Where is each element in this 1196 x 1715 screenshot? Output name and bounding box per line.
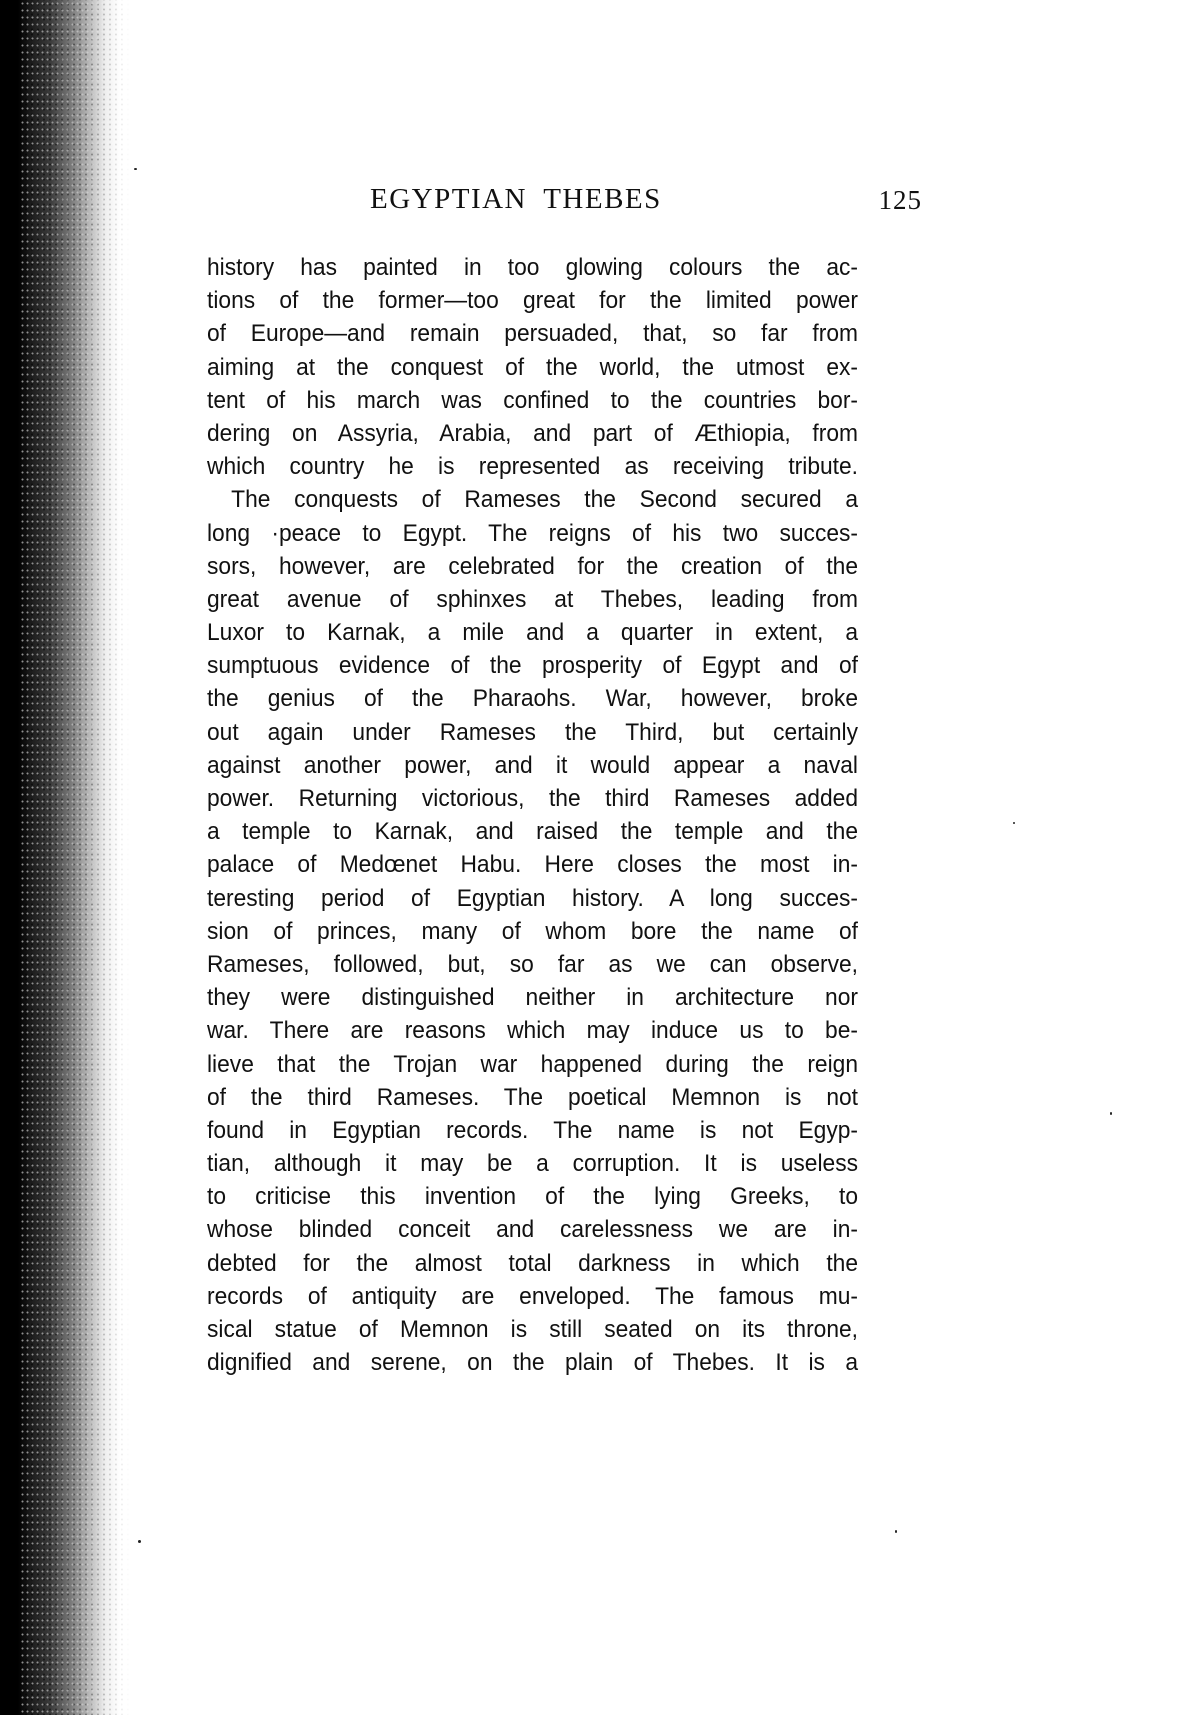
text-line: Luxor to Karnak, a mile and a quarter in… xyxy=(207,616,858,649)
text-line: tions of the former—too great for the li… xyxy=(207,284,858,317)
scan-speck xyxy=(134,168,137,170)
text-line: tian, although it may be a corruption. I… xyxy=(207,1147,858,1180)
text-line: long ·peace to Egypt. The reigns of his … xyxy=(207,517,858,550)
text-line: Rameses, followed, but, so far as we can… xyxy=(207,948,858,981)
text-line: the genius of the Pharaohs. War, however… xyxy=(207,682,858,715)
text-line: dignified and serene, on the plain of Th… xyxy=(207,1346,858,1379)
text-line: records of antiquity are enveloped. The … xyxy=(207,1280,858,1313)
text-line: power. Returning victorious, the third R… xyxy=(207,782,858,815)
page-number: 125 xyxy=(879,185,923,216)
text-line: sion of princes, many of whom bore the n… xyxy=(207,915,858,948)
text-line: history has painted in too glowing colou… xyxy=(207,251,858,284)
text-line: war. There are reasons which may induce … xyxy=(207,1014,858,1047)
running-title: EGYPTIAN THEBES xyxy=(370,183,662,216)
text-line: whose blinded conceit and carelessness w… xyxy=(207,1213,858,1246)
text-line: they were distinguished neither in archi… xyxy=(207,981,858,1014)
text-line: to criticise this invention of the lying… xyxy=(207,1180,858,1213)
text-line: palace of Medœnet Habu. Here closes the … xyxy=(207,848,858,881)
text-line: out again under Rameses the Third, but c… xyxy=(207,716,858,749)
text-line: sors, however, are celebrated for the cr… xyxy=(207,550,858,583)
scan-speck xyxy=(1110,1112,1112,1115)
text-line: against another power, and it would appe… xyxy=(207,749,858,782)
text-line: aiming at the conquest of the world, the… xyxy=(207,351,858,384)
text-line: debted for the almost total darkness in … xyxy=(207,1247,858,1280)
running-head: EGYPTIAN THEBES 125 xyxy=(370,183,922,223)
text-line: great avenue of sphinxes at Thebes, lead… xyxy=(207,583,858,616)
text-line: lieve that the Trojan war happened durin… xyxy=(207,1048,858,1081)
scan-speck xyxy=(1013,822,1015,824)
binding-gutter-noise xyxy=(20,0,130,1715)
scan-speck xyxy=(138,1540,141,1543)
body-text: history has painted in too glowing colou… xyxy=(207,251,858,1379)
text-line: sumptuous evidence of the prosperity of … xyxy=(207,649,858,682)
text-line: of Europe—and remain persuaded, that, so… xyxy=(207,317,858,350)
scan-speck xyxy=(895,1530,897,1533)
text-line: dering on Assyria, Arabia, and part of Æ… xyxy=(207,417,858,450)
text-line: tent of his march was confined to the co… xyxy=(207,384,858,417)
scanned-book-page: EGYPTIAN THEBES 125 history has painted … xyxy=(0,0,1196,1715)
text-line: which country he is represented as recei… xyxy=(207,450,858,483)
text-line: found in Egyptian records. The name is n… xyxy=(207,1114,858,1147)
text-line: of the third Rameses. The poetical Memno… xyxy=(207,1081,858,1114)
text-line: teresting period of Egyptian history. A … xyxy=(207,882,858,915)
text-line: sical statue of Memnon is still seated o… xyxy=(207,1313,858,1346)
text-line: a temple to Karnak, and raised the templ… xyxy=(207,815,858,848)
text-line: The conquests of Rameses the Second secu… xyxy=(207,483,858,516)
